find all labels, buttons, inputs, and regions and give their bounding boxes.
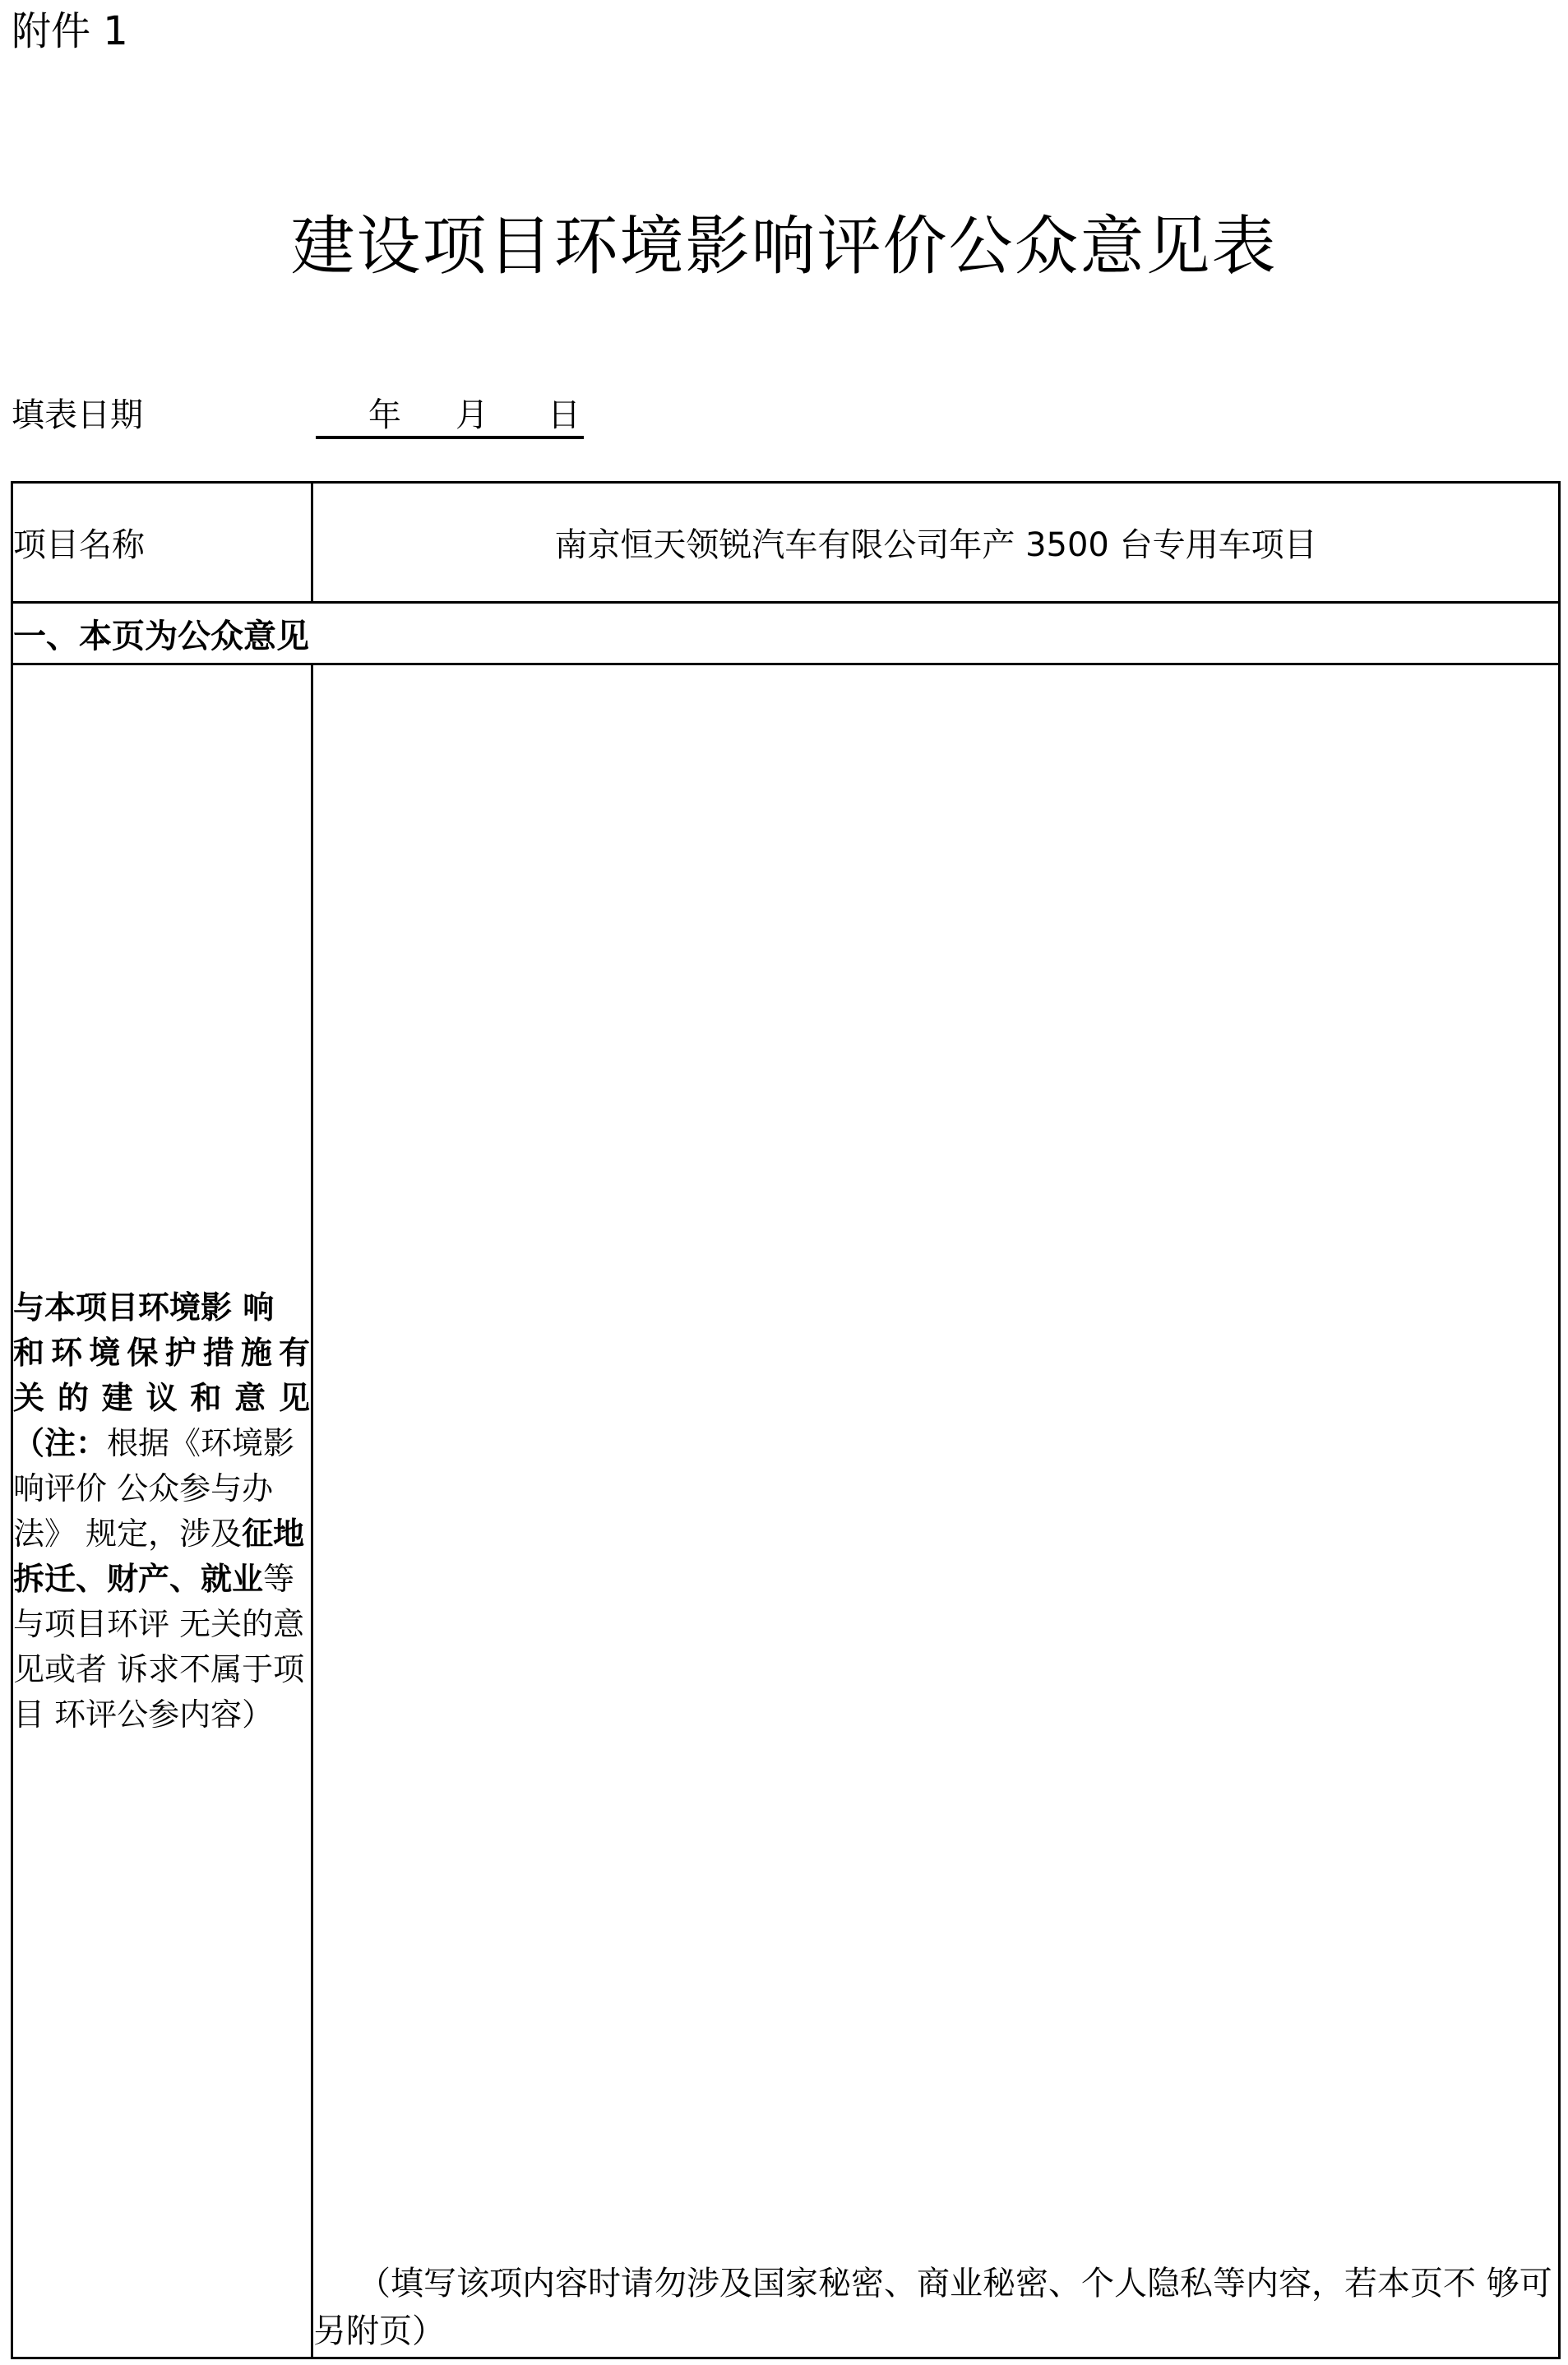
page-title: 建设项目环境影响评价公众意见表 [0,206,1568,288]
opinion-label-note: （注：根据《环境影响评价 公众参与办法》 规定，涉及征地 拆迁、财产、就业等与项… [13,1421,311,1738]
opinion-value[interactable] [313,665,1558,2242]
project-name-label: 项目名称 [12,483,312,603]
year-unit: 年 [368,393,401,437]
month-unit: 月 [456,393,488,437]
opinion-input-area[interactable]: （填写该项内容时请勿涉及国家秘密、商业秘密、个人隐私等内容，若本页不 够可另附页… [312,664,1560,2358]
fill-date-field[interactable]: 年 月 日 [316,393,584,439]
note-open: （注： [13,1425,107,1461]
project-name-row: 项目名称 南京恒天领锐汽车有限公司年产 3500 台专用车项目 [12,483,1560,603]
footer-note-text: （填写该项内容时请勿涉及国家秘密、商业秘密、个人隐私等内容，若本页不 够可另附页… [313,2265,1552,2350]
project-name-value: 南京恒天领锐汽车有限公司年产 3500 台专用车项目 [312,483,1560,603]
section-title: 一、本页为公众意见 [12,603,1560,664]
attachment-label: 附件 1 [12,7,128,56]
fill-date-label: 填表日期 [12,393,143,437]
section-header-row: 一、本页为公众意见 [12,603,1560,664]
opinion-form-table: 项目名称 南京恒天领锐汽车有限公司年产 3500 台专用车项目 一、本页为公众意… [11,481,1561,2359]
footer-note: （填写该项内容时请勿涉及国家秘密、商业秘密、个人隐私等内容，若本页不 够可另附页… [313,2260,1558,2357]
day-unit: 日 [548,393,580,437]
opinion-label-line3: 关的建议和意见 [13,1376,311,1421]
opinion-label: 与本项目环境影 响 和环境保护措施有 关的建议和意见 （注：根据《环境影响评价 … [12,664,312,2358]
opinion-label-line2: 和环境保护措施有 [13,1331,311,1376]
opinion-label-line1: 与本项目环境影 响 [13,1285,311,1331]
opinion-row: 与本项目环境影 响 和环境保护措施有 关的建议和意见 （注：根据《环境影响评价 … [12,664,1560,2358]
